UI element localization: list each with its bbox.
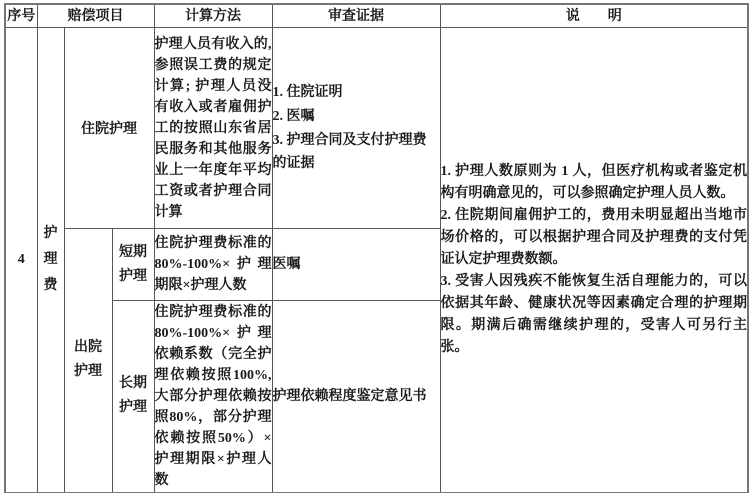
category-label: 护理费 [44, 221, 58, 299]
note-item: 3. 受害人因残疾不能恢复生活自理能力的，可以依据其年龄、健康状况等因素确定合理… [441, 271, 748, 359]
explanation-cell: 1. 护理人数原则为 1 人，但医疗机构或者鉴定机构有明确意见的，可以参照确定护… [440, 28, 748, 493]
inpatient-label-cell: 住院护理 [64, 28, 154, 229]
header-calc-method: 计算方法 [154, 4, 272, 28]
long-term-method-cell: 住院护理费标准的 80%-100%×护理依赖系数（完全护理依赖按照100%, 大… [154, 301, 272, 493]
discharge-label: 出院护理 [74, 336, 102, 384]
serial-number-cell: 4 [5, 28, 37, 493]
short-term-label: 短期护理 [119, 241, 147, 289]
category-cell: 护理费 [37, 28, 64, 493]
note-item: 1. 护理人数原则为 1 人，但医疗机构或者鉴定机构有明确意见的，可以参照确定护… [441, 161, 748, 205]
short-term-label-cell: 短期护理 [112, 229, 154, 301]
inpatient-evidence-cell: 1. 住院证明 2. 医嘱 3. 护理合同及支付护理费的证据 [272, 28, 440, 229]
discharge-label-cell: 出院护理 [64, 229, 112, 493]
header-compensation-item: 赔偿项目 [37, 4, 154, 28]
evidence-item: 2. 医嘱 [273, 105, 440, 128]
inpatient-method-cell: 护理人员有收入的, 参照误工费的规定计算; 护理人员没有收入或者雇佣护工的按照山… [154, 28, 272, 229]
long-term-label: 长期护理 [119, 372, 147, 420]
long-term-label-cell: 长期护理 [112, 301, 154, 493]
header-row: 序号 赔偿项目 计算方法 审查证据 说 明 [5, 4, 748, 28]
compensation-table: 序号 赔偿项目 计算方法 审查证据 说 明 4 护理费 住院护理 护理人员有收入… [4, 3, 749, 493]
long-term-evidence-cell: 护理依赖程度鉴定意见书 [272, 301, 440, 493]
inpatient-care-row: 4 护理费 住院护理 护理人员有收入的, 参照误工费的规定计算; 护理人员没有收… [5, 28, 748, 229]
document-page: 序号 赔偿项目 计算方法 审查证据 说 明 4 护理费 住院护理 护理人员有收入… [0, 0, 750, 493]
short-term-evidence-cell: 医嘱 [272, 229, 440, 301]
header-explanation: 说 明 [440, 4, 748, 28]
header-serial: 序号 [5, 4, 37, 28]
evidence-item: 3. 护理合同及支付护理费的证据 [273, 129, 440, 175]
note-item: 2. 住院期间雇佣护工的，费用未明显超出当地市场价格的，可以根据护理合同及护理费… [441, 205, 748, 271]
header-review-evidence: 审查证据 [272, 4, 440, 28]
evidence-item: 1. 住院证明 [273, 81, 440, 104]
short-term-method-cell: 住院护理费标准的80%-100%×护理期限×护理人数 [154, 229, 272, 301]
